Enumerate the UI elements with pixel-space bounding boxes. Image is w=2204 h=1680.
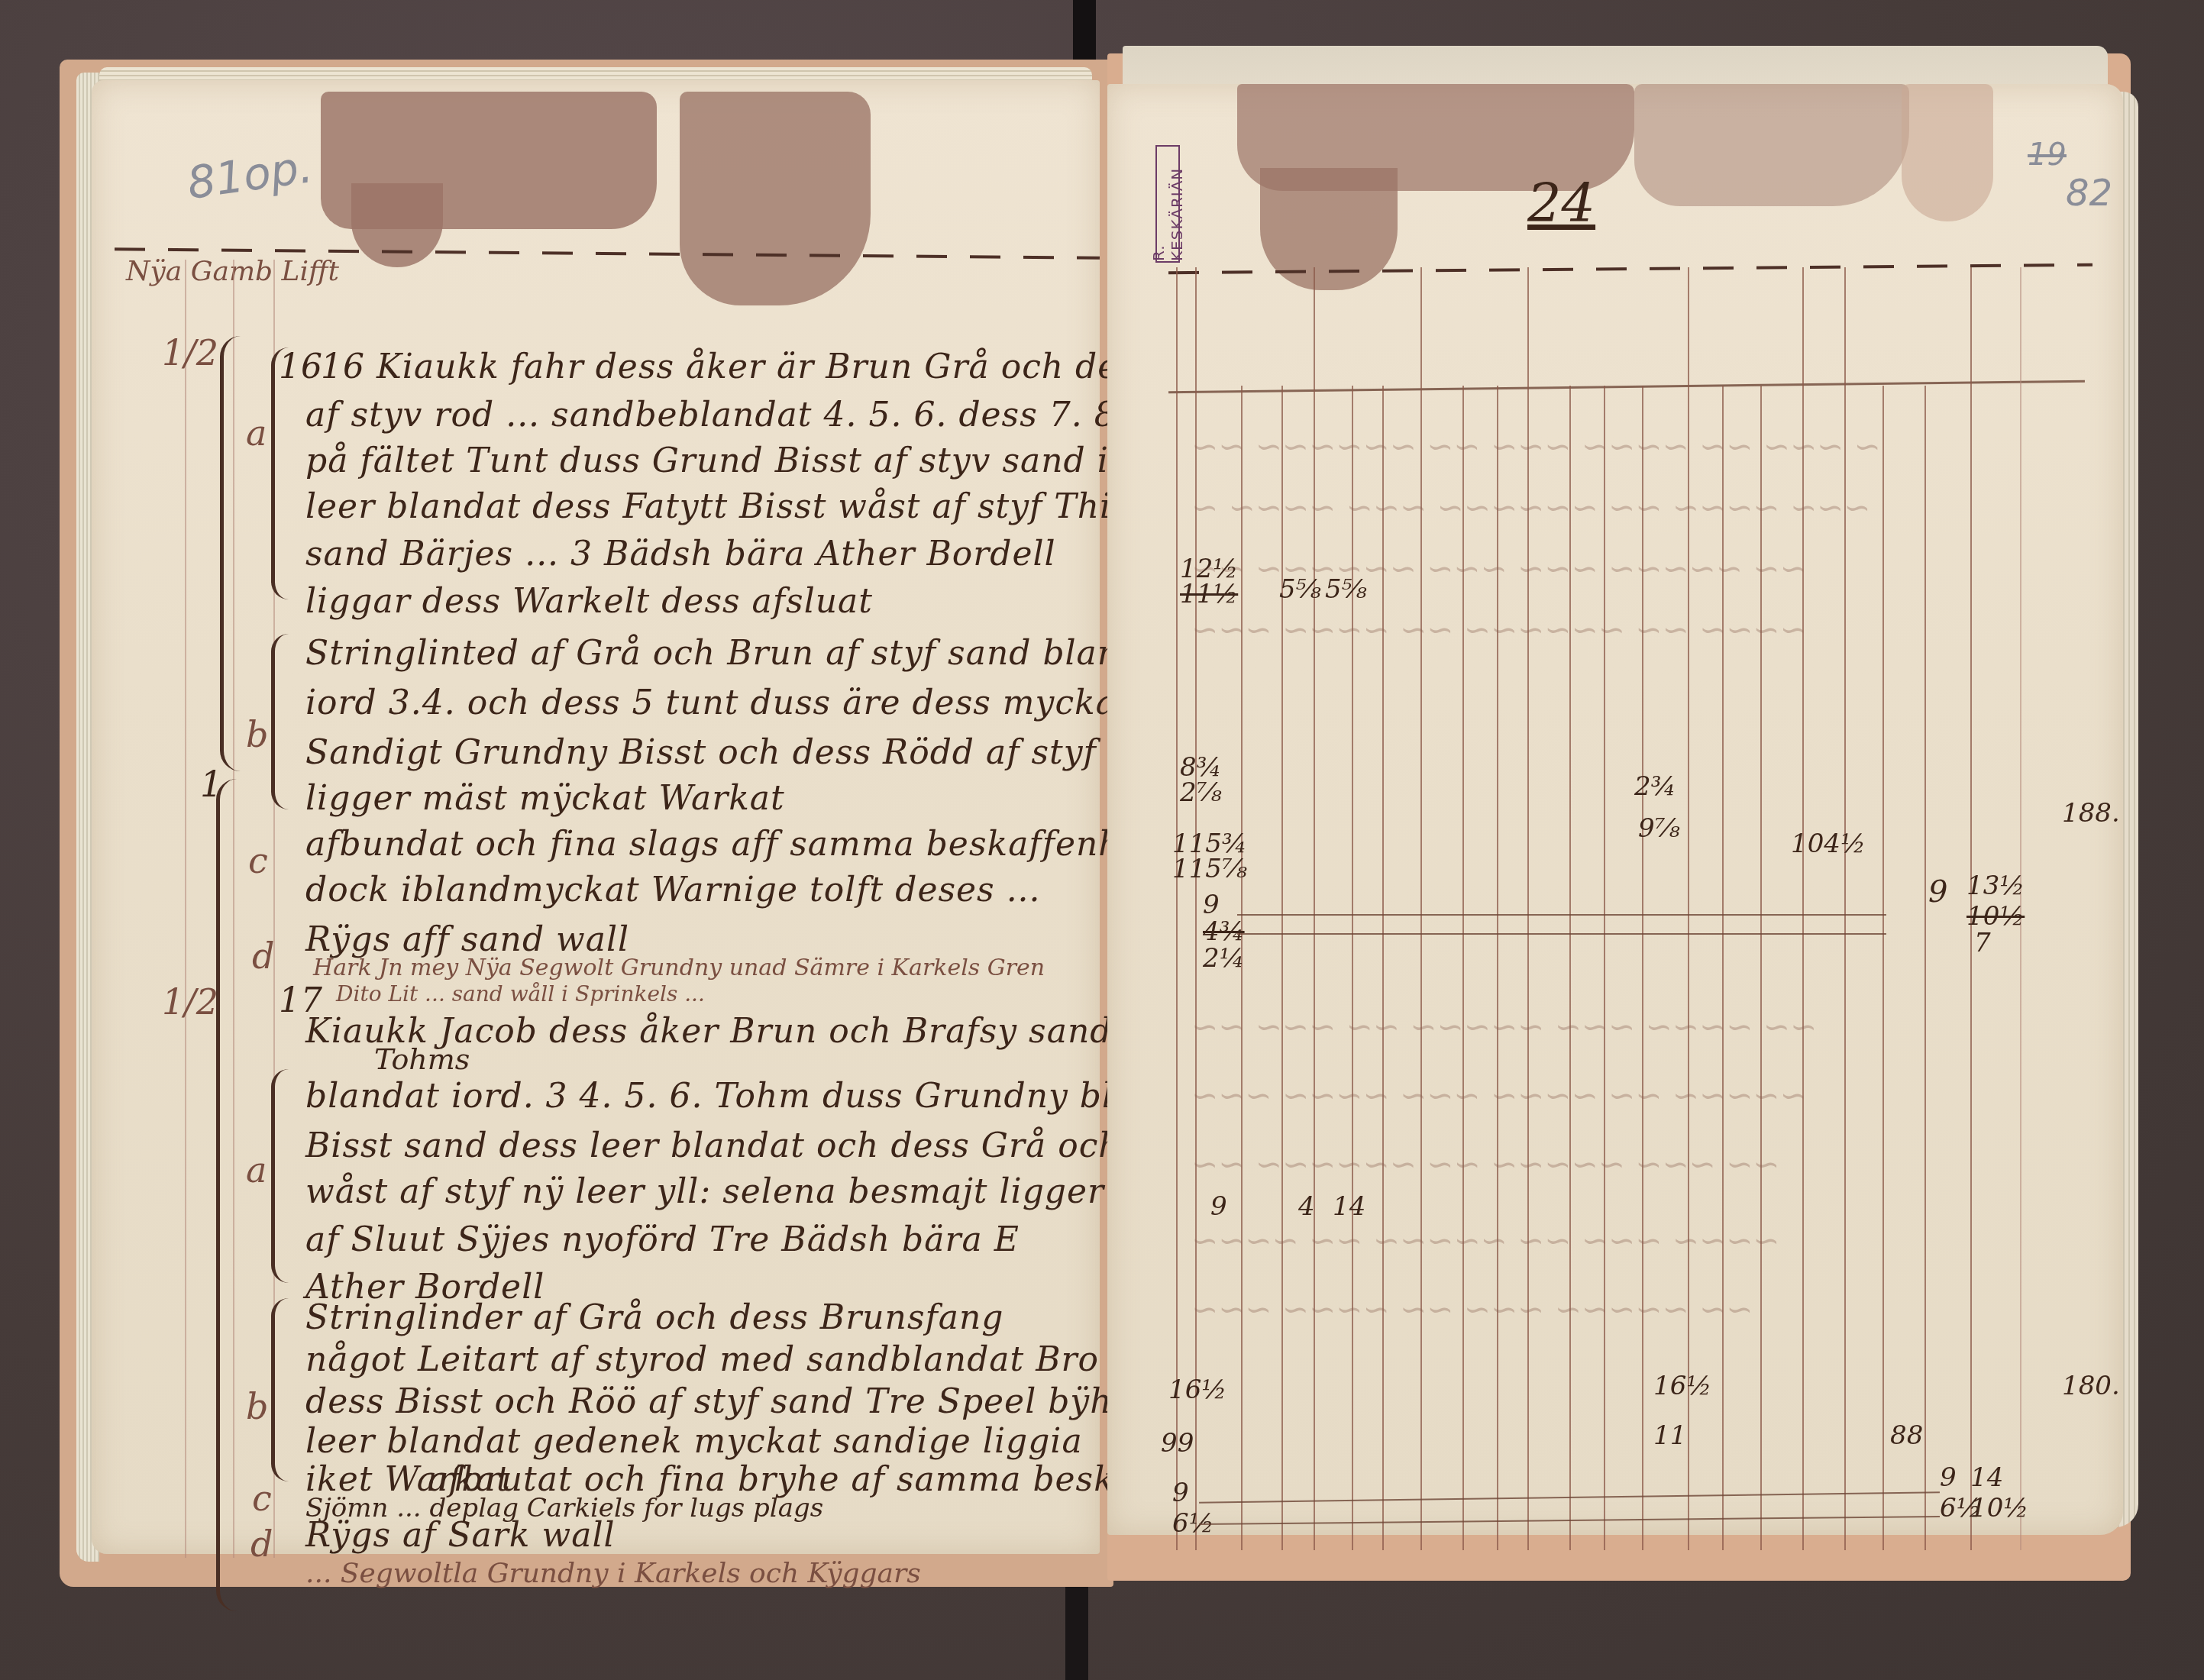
brace <box>271 347 289 599</box>
text-line: sand Bärjes ... 3 Bädsh bära Ather Borde… <box>305 535 1056 573</box>
ledger-figure: 11½ <box>1180 579 1238 609</box>
ledger-figure: 16½ <box>1653 1371 1711 1401</box>
text-line: iord 3.4. och dess 5 tunt duss äre dess … <box>305 683 1131 722</box>
section-letter: b <box>246 1386 268 1427</box>
bleed-through-text: ~~ ~~~ ~~~~~ ~~ ~~~~~~ ~~ <box>1191 1145 1780 1183</box>
text-line: wåst af styf nÿ leer yll: selena besmajt… <box>305 1172 1104 1211</box>
section-letter: d <box>250 1523 273 1565</box>
text-line: ... Segwoltla Grundny i Karkels och Kÿgg… <box>305 1558 921 1589</box>
brace <box>271 634 289 809</box>
ledger-figure: 104½ <box>1791 829 1866 859</box>
margin-rule <box>185 260 186 1558</box>
bleed-through-text: ~~ ~~~~~ ~~~ ~~ ~~~~ ~~~ <box>1191 1291 1753 1328</box>
ledger-figure: 9 <box>1203 890 1220 920</box>
ledger-figure: 4¾ <box>1203 916 1245 947</box>
ledger-figure: 9 <box>1928 874 1947 909</box>
ledger-figure: 2⅞ <box>1180 777 1222 808</box>
subtotal-rule <box>1237 933 1886 935</box>
text-line: något Leitart af styrod med sandblandat … <box>305 1340 1099 1379</box>
ledger-figure: 16½ <box>1168 1375 1226 1405</box>
text-line: Bisst sand dess leer blandat och dess Gr… <box>305 1126 1121 1165</box>
side-total: 188. <box>2062 798 2120 829</box>
pencil-folio: 82 <box>2066 172 2112 215</box>
text-line: Rÿgs af Sark wall <box>305 1516 616 1555</box>
column-rule <box>1924 386 1926 1550</box>
section-letter: c <box>248 840 268 881</box>
ledger-figure: 9 <box>1172 1478 1189 1508</box>
column-rule <box>1882 386 1884 1550</box>
ledger-figure: 9⅞ <box>1638 813 1680 844</box>
text-line: Dito Lit ... sand wåll i Sprinkels ... <box>336 981 705 1006</box>
side-total: 180. <box>2062 1371 2120 1401</box>
ledger-figure: 115⅞ <box>1172 854 1247 884</box>
ledger-figure: 7 <box>1974 928 1991 958</box>
ledger-figure: 88 <box>1890 1420 1923 1451</box>
ledger-figure: 5⅝ <box>1325 574 1367 605</box>
bleed-through-text: ~~~ ~~~~ ~~ ~~~~~~ ~~~ ~~~~ ~ <box>1191 489 1871 526</box>
brace <box>216 779 237 1611</box>
brace <box>271 1298 289 1481</box>
bleed-through-text: ~ ~~~ ~~ ~~~~ ~~~ ~~ ~~~~~~ ~~ <box>1191 428 1881 465</box>
text-line: Sandigt Grundny Bisst och dess Rödd af s… <box>305 733 1191 772</box>
page-number: 24 <box>1527 172 1595 234</box>
section-letter: a <box>246 1149 267 1191</box>
text-line: Stringlinted af Grå och Brun af styf san… <box>305 634 1177 673</box>
text-line: liggar dess Warkelt dess afsluat <box>305 582 873 621</box>
ledger-figure: 10½ <box>1970 1493 2028 1523</box>
section-letter: d <box>252 935 274 977</box>
text-line: leer blandat dess Fatytt Bisst wåst af s… <box>305 487 1210 526</box>
ledger-figure: 14 <box>1970 1462 2003 1493</box>
margin-fraction: 1/2 <box>162 332 218 373</box>
brace <box>271 1069 289 1283</box>
text-line: Rÿgs aff sand wall <box>305 920 629 959</box>
ledger-figure: 14 <box>1333 1191 1365 1222</box>
text-line: ligger mäst mÿckat Warkat <box>305 779 785 818</box>
text-line: Hark Jn mey Nÿa Segwolt Grundny unad Säm… <box>313 955 1045 981</box>
brace <box>220 336 241 771</box>
pencil-folio-struck: 19 <box>2028 137 2067 173</box>
text-line: blandat iord. 3 4. 5. 6. Tohm duss Grund… <box>305 1077 1214 1116</box>
text-line: af Sluut Sÿjes nyoförd Tre Bädsh bära E <box>305 1220 1020 1259</box>
text-line: dock iblandmyckat Warnige tolft deses ..… <box>305 871 1041 909</box>
text-line: Tohms <box>374 1042 470 1076</box>
ledger-figure: 2¾ <box>1634 771 1676 802</box>
water-stain <box>680 92 871 305</box>
ledger-figure: 9 <box>1210 1191 1227 1222</box>
bleed-through-text: ~~ ~~~~ ~~~ ~~~~~ ~~ ~~~ ~~ <box>1191 1008 1817 1045</box>
ledger-figure: 5⅝ <box>1279 574 1321 605</box>
text-line: dess Bisst och Röö af styf sand Tre Spee… <box>305 1382 1147 1421</box>
margin-fraction: 1/2 <box>162 981 218 1023</box>
text-line: leer blandat gedenek myckat sandige ligg… <box>305 1422 1083 1461</box>
bleed-through-text: ~~~~ ~~~ ~~ ~~~~~ ~~ ~~~~ <box>1191 1222 1780 1259</box>
text-line: på fältet Tunt duss Grund Bisst af styv … <box>305 441 1208 480</box>
archive-stamp: R. KESKÄRIÄN <box>1155 145 1180 263</box>
section-letter: a <box>246 412 267 454</box>
ledger-figure: 99 <box>1161 1428 1194 1459</box>
ledger-figure: 9 <box>1940 1462 1957 1493</box>
water-stain <box>1902 84 1993 221</box>
ledger-figure: 11 <box>1653 1420 1686 1451</box>
ledger-figure: 13½ <box>1966 871 2025 901</box>
column-rule <box>1176 267 1178 1550</box>
bleed-through-text: ~~~~~ ~~ ~~~~ ~~~ ~~~~ ~~~ <box>1191 1077 1807 1114</box>
section-letter: c <box>252 1478 272 1519</box>
ledger-figure: 2¼ <box>1203 943 1245 974</box>
water-stain <box>1634 84 1909 206</box>
section-letter: b <box>246 714 268 755</box>
text-line: Stringlinder af Grå och dess Brunsfang <box>305 1298 1004 1337</box>
bleed-through-text: ~~~~ ~~ ~~~~~~ ~~ ~~~~ ~~~ <box>1191 611 1807 648</box>
ledger-figure: 4 <box>1298 1191 1315 1222</box>
text-line: afbundat och fina slags aff samma beskaf… <box>305 825 1155 864</box>
subtotal-rule <box>1237 914 1886 916</box>
ledger-figure: 10½ <box>1966 901 2025 932</box>
